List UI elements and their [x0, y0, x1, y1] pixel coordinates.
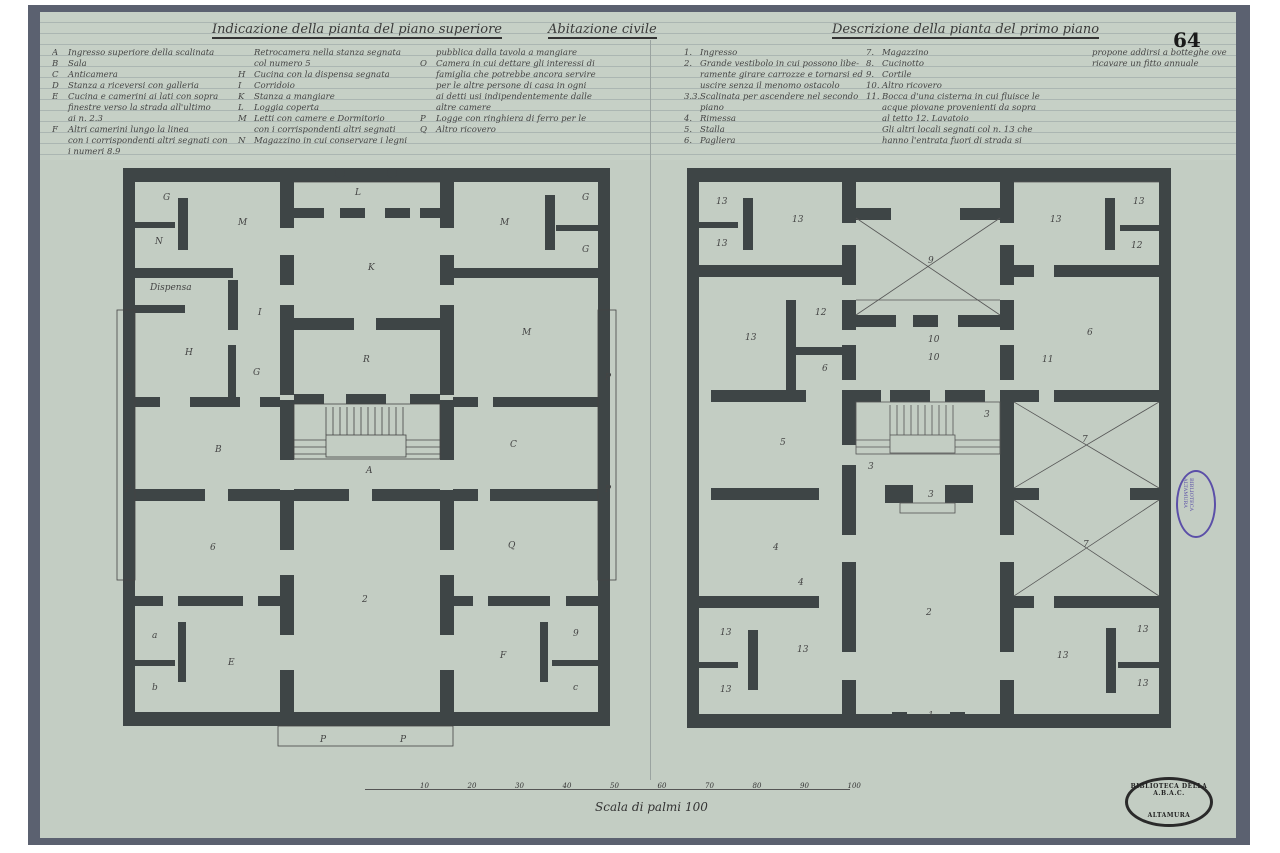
scale-tick: 40	[563, 782, 572, 790]
scale-tick: 10	[420, 782, 429, 790]
room-label: 13	[716, 197, 728, 207]
scale-label: Scala di palmi 100	[595, 800, 708, 814]
purple-library-stamp: BIBLIOTECA ALTAMURA	[1176, 470, 1216, 538]
room-label: 5	[780, 438, 786, 448]
right-floor-plan: 1313131313129121310106611357334472131313…	[0, 0, 1280, 853]
library-stamp-bottom-text: ALTAMURA	[1128, 812, 1210, 819]
scale-tick: 80	[753, 782, 762, 790]
room-label: 13	[745, 333, 757, 343]
scale-tick: 50	[610, 782, 619, 790]
room-label: 3	[984, 410, 990, 420]
room-label: 13	[797, 645, 809, 655]
scale-tick: 20	[468, 782, 477, 790]
room-label: 3	[928, 490, 934, 500]
library-stamp-top-text: BIBLIOTECA DELLA A.B.A.C.	[1128, 783, 1210, 797]
scale-tick: 90	[800, 782, 809, 790]
room-label: 13	[792, 215, 804, 225]
room-label: 11	[1042, 355, 1053, 365]
scale-tick: 100	[848, 782, 861, 790]
scale-tick: 70	[705, 782, 714, 790]
room-label: 13	[716, 239, 728, 249]
room-label: 13	[1050, 215, 1062, 225]
room-label: 13	[720, 685, 732, 695]
room-label: 6	[1087, 328, 1093, 338]
room-label: 10	[928, 335, 940, 345]
room-label: 13	[1133, 197, 1145, 207]
scale-tick: 60	[658, 782, 667, 790]
room-label: 4	[797, 578, 804, 588]
room-label: 9	[928, 256, 934, 266]
room-label: 7	[1083, 540, 1089, 550]
room-label: 12	[1131, 241, 1143, 251]
room-label: 13	[720, 628, 732, 638]
room-label: 13	[1137, 625, 1149, 635]
room-label: 10	[928, 353, 940, 363]
room-label: 13	[1137, 679, 1149, 689]
scale-tick: 30	[515, 782, 524, 790]
scale-line	[365, 789, 850, 790]
room-label: 4	[772, 543, 779, 553]
room-label: 1	[928, 711, 934, 721]
room-label: 12	[815, 308, 827, 318]
room-label: 6	[822, 364, 828, 374]
library-stamp: BIBLIOTECA DELLA A.B.A.C. ALTAMURA	[1125, 777, 1213, 827]
room-label: 3	[868, 462, 874, 472]
purple-stamp-text: BIBLIOTECA ALTAMURA	[1182, 478, 1194, 536]
room-label: 13	[1057, 651, 1069, 661]
room-label: 7	[1082, 435, 1088, 445]
room-label: 2	[925, 608, 932, 618]
